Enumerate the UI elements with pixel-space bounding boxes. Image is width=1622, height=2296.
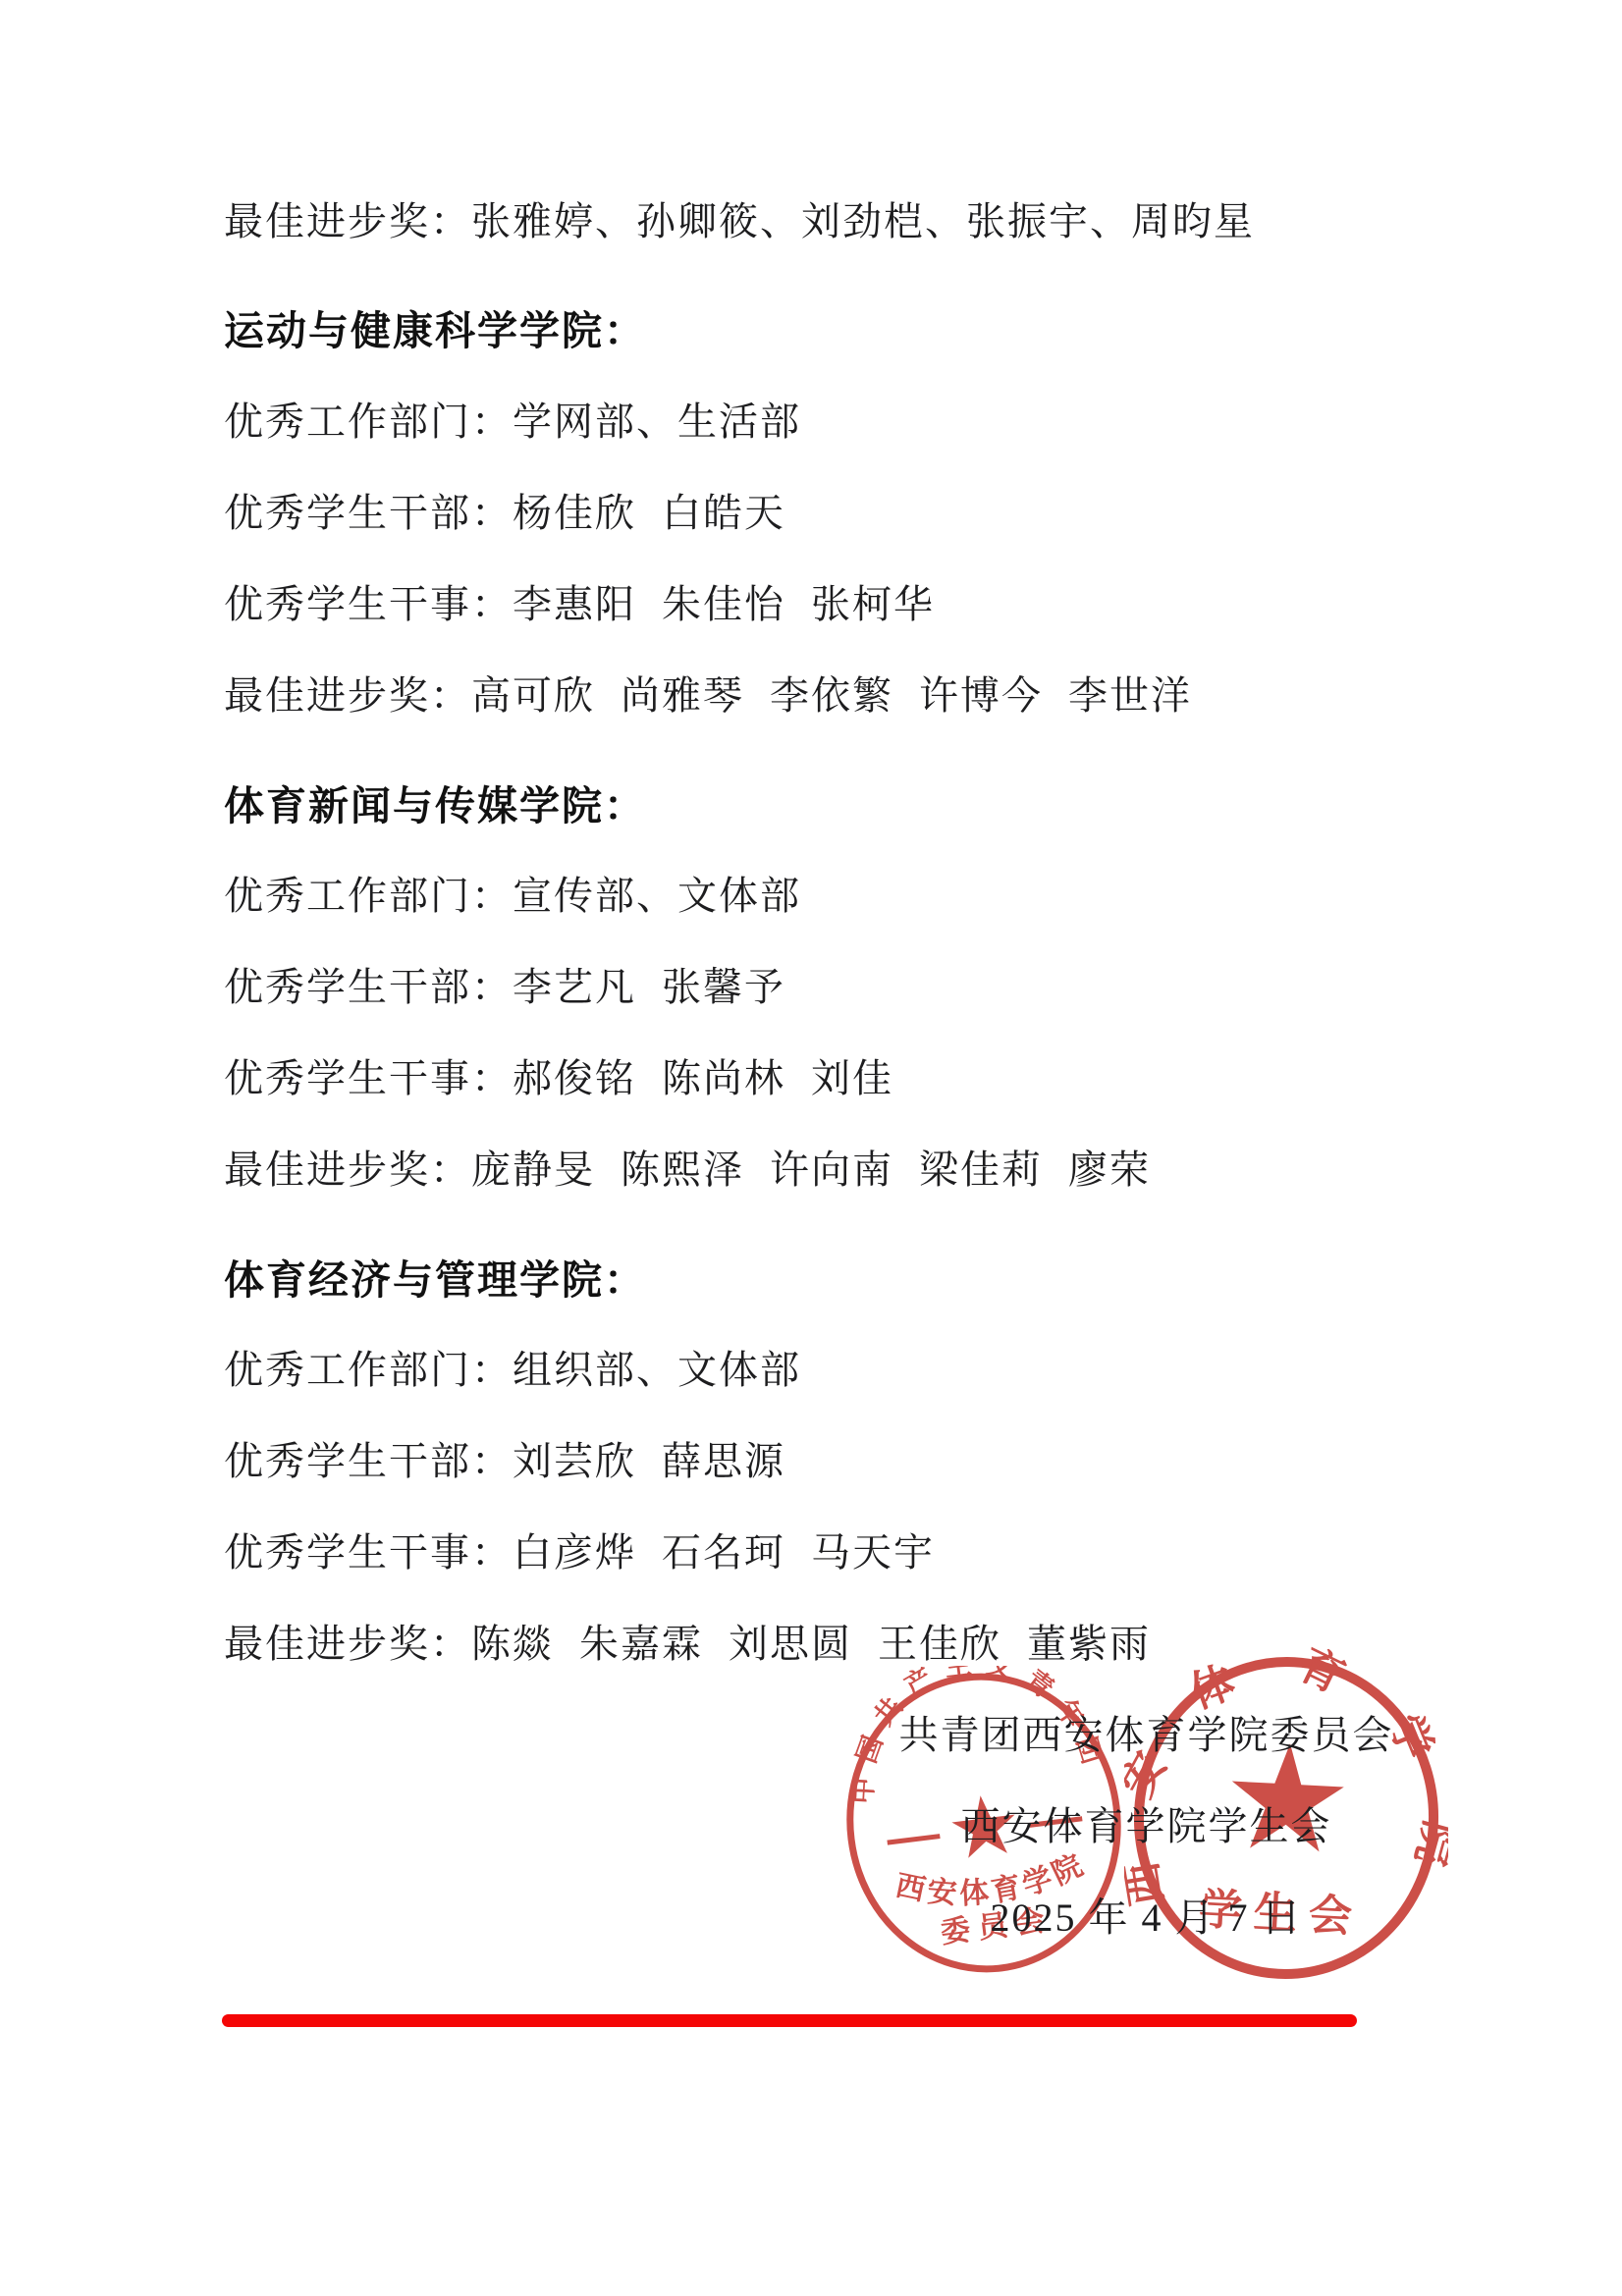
- best-progress-line-prev-section: 最佳进步奖：张雅婷、孙卿筱、刘劲桤、张振宇、周昀星: [224, 199, 1255, 244]
- document-page: 最佳进步奖：张雅婷、孙卿筱、刘劲桤、张振宇、周昀星 运动与健康科学学院： 优秀工…: [0, 0, 1622, 2296]
- signature-org-student-union: 西安体育学院学生会: [879, 1804, 1414, 1849]
- signature-date: 2025 年 4 月 7 日: [879, 1896, 1414, 1941]
- signature-org-committee: 共青团西安体育学院委员会: [879, 1713, 1414, 1758]
- section-title-sport-media: 体育新闻与传媒学院：: [224, 782, 646, 829]
- section-title-sport-health: 运动与健康科学学院：: [224, 307, 646, 354]
- award-line-clerks: 优秀学生干事：郝俊铭 陈尚林 刘佳: [224, 1056, 893, 1101]
- award-line-cadres: 优秀学生干部：刘芸欣 薛思源: [224, 1439, 785, 1484]
- award-line-clerks: 优秀学生干事：白彦烨 石名珂 马天宇: [224, 1530, 935, 1575]
- award-line-departments: 优秀工作部门：学网部、生活部: [224, 400, 801, 445]
- award-line-departments: 优秀工作部门：宣传部、文体部: [224, 874, 801, 919]
- award-line-best-progress: 最佳进步奖：高可欣 尚雅琴 李依繁 许博今 李世洋: [224, 673, 1192, 719]
- award-line-cadres: 优秀学生干部：李艺凡 张馨予: [224, 965, 785, 1010]
- award-line-best-progress: 最佳进步奖：庞静旻 陈熙泽 许向南 梁佳莉 廖荣: [224, 1148, 1151, 1193]
- section-title-sport-economics: 体育经济与管理学院：: [224, 1256, 646, 1304]
- award-line-cadres: 优秀学生干部：杨佳欣 白皓天: [224, 491, 785, 536]
- footer-red-rule: [222, 2014, 1357, 2027]
- award-line-best-progress: 最佳进步奖：陈燚 朱嘉霖 刘思圆 王佳欣 董紫雨: [224, 1622, 1151, 1667]
- award-line-departments: 优秀工作部门：组织部、文体部: [224, 1348, 801, 1393]
- award-line-clerks: 优秀学生干事：李惠阳 朱佳怡 张柯华: [224, 582, 935, 627]
